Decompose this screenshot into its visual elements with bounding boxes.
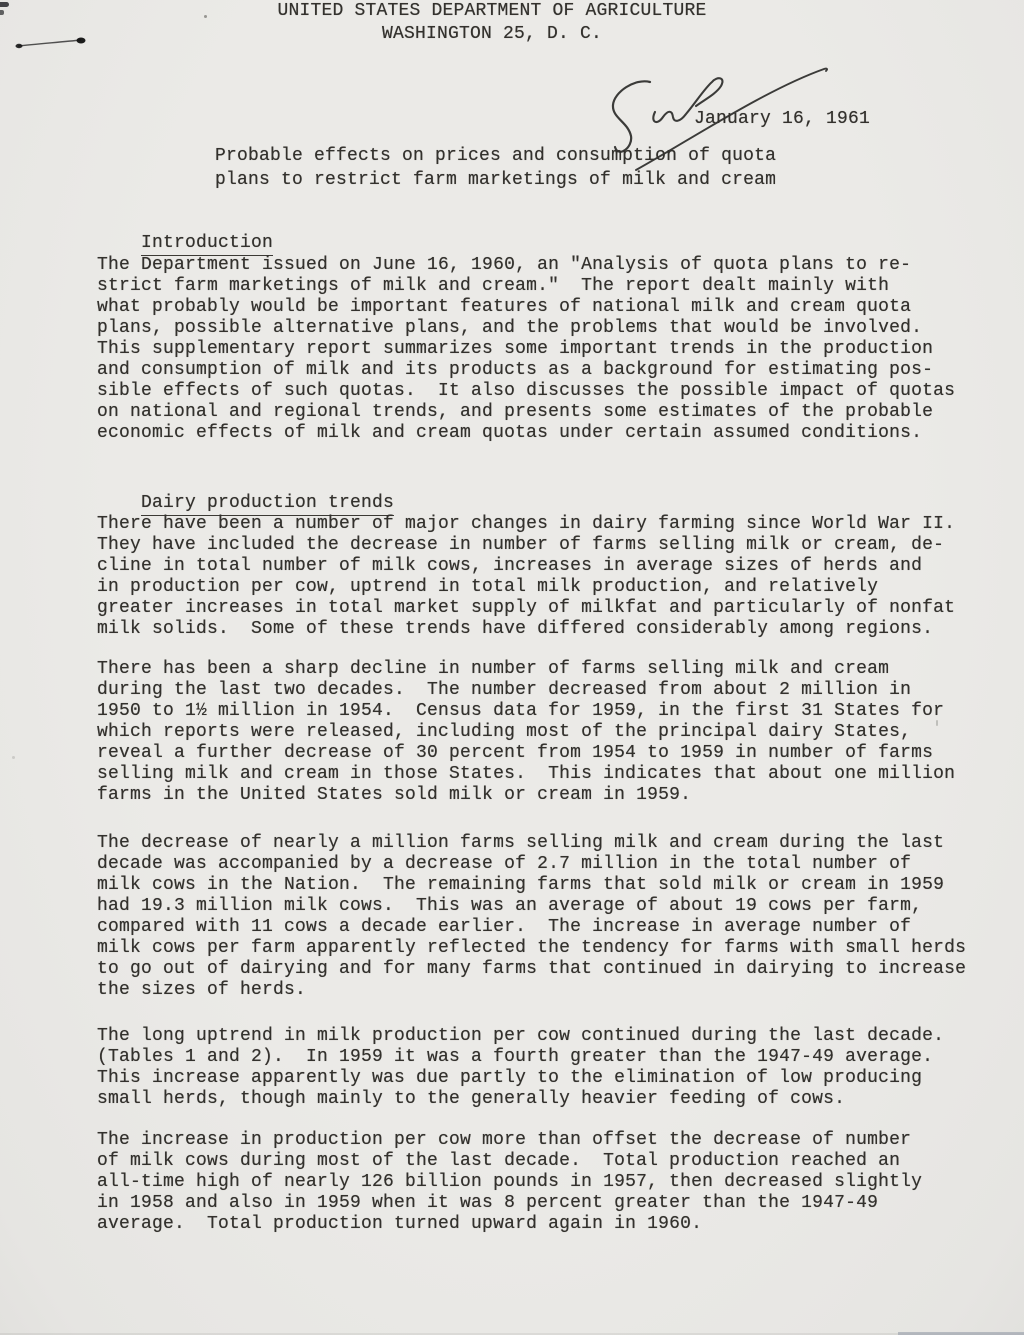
agency-name: UNITED STATES DEPARTMENT OF AGRICULTURE bbox=[0, 0, 984, 23]
subject: Probable effects on prices and consumpti… bbox=[215, 144, 776, 192]
date: January 16, 1961 bbox=[694, 109, 870, 130]
paragraph: The decrease of nearly a million farms s… bbox=[97, 833, 966, 1001]
document-page: UNITED STATES DEPARTMENT OF AGRICULTURE … bbox=[0, 0, 1024, 1335]
paragraph: The increase in production per cow more … bbox=[97, 1130, 922, 1235]
section-heading-text: Introduction bbox=[141, 233, 273, 256]
paragraph: There have been a number of major change… bbox=[97, 514, 955, 640]
agency-address: WASHINGTON 25, D. C. bbox=[0, 23, 984, 46]
paragraph: The Department issued on June 16, 1960, … bbox=[97, 255, 955, 444]
ink-speck bbox=[12, 756, 15, 759]
paragraph: There has been a sharp decline in number… bbox=[97, 659, 955, 806]
section-heading-text: Dairy production trends bbox=[141, 493, 394, 516]
paragraph: The long uptrend in milk production per … bbox=[97, 1026, 944, 1110]
letterhead: UNITED STATES DEPARTMENT OF AGRICULTURE … bbox=[0, 0, 984, 46]
